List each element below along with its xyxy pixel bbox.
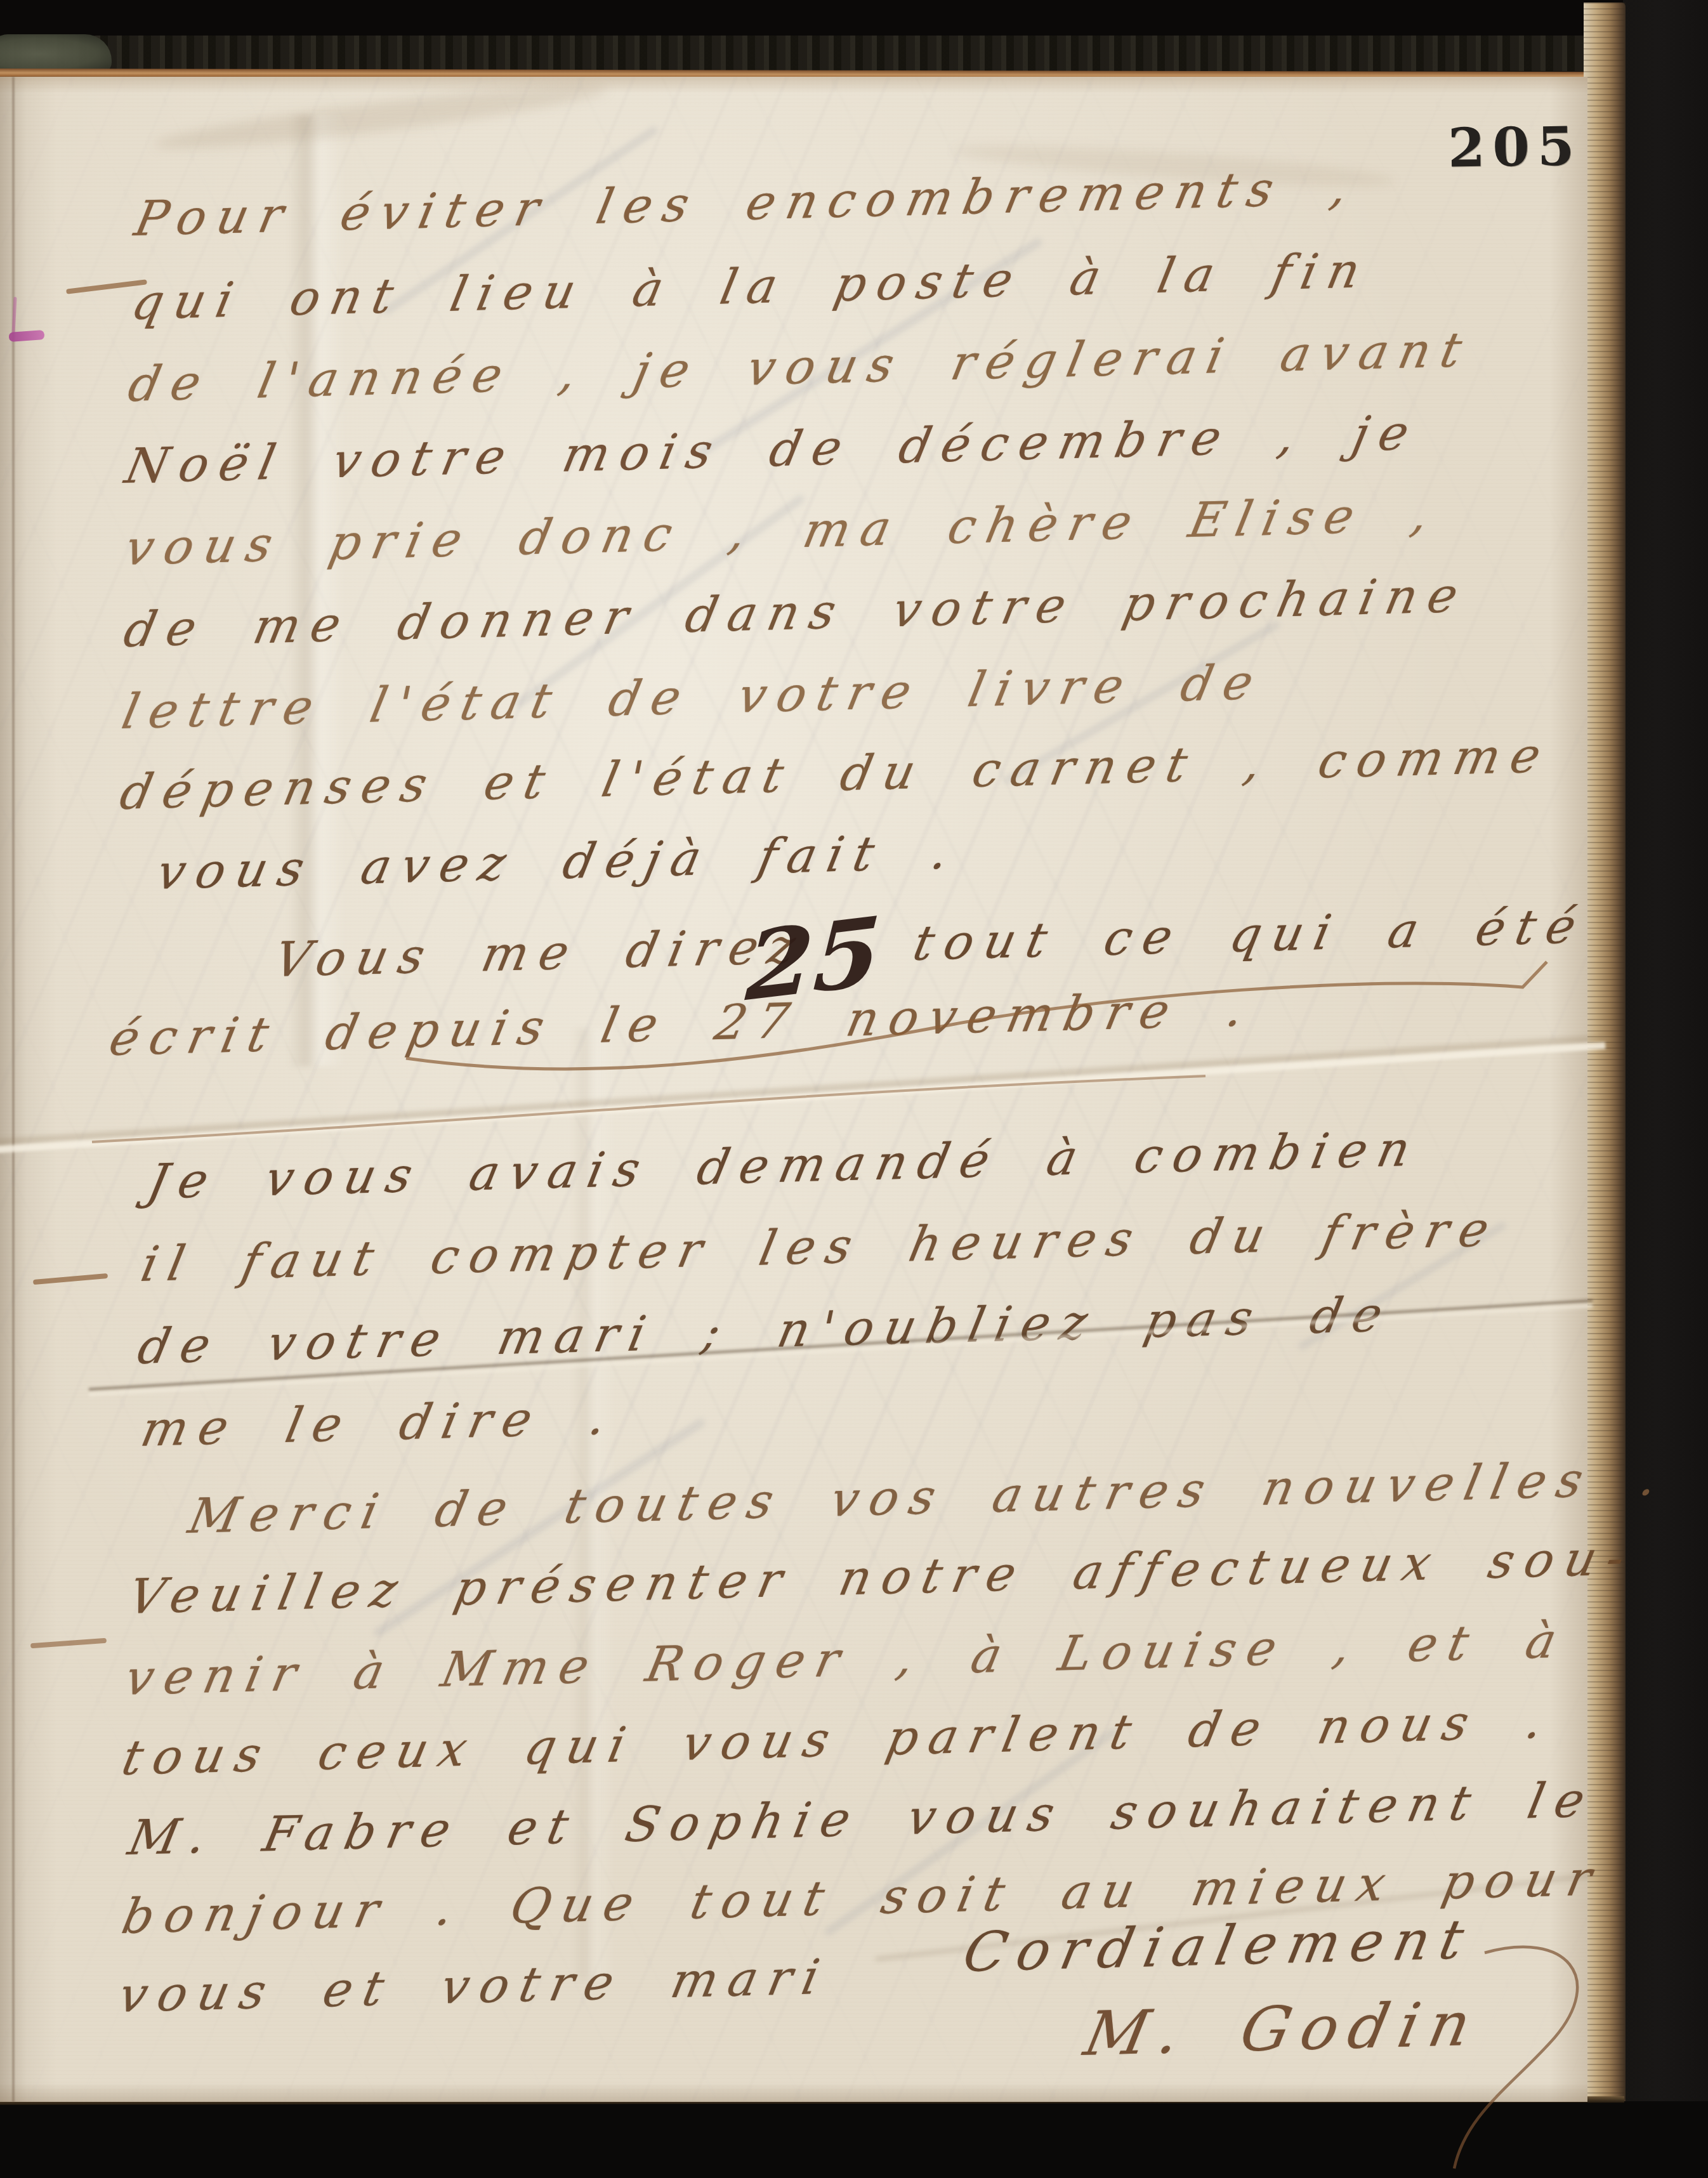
- binding-cloth-fray: [0, 34, 112, 74]
- background-bottom: [0, 2101, 1708, 2178]
- ink-correction-overwrite: 25: [744, 896, 884, 1023]
- page-number-stamp: 205: [1447, 115, 1582, 180]
- manuscript-page-scan: 205 Pour éviter les encombrements , qui …: [0, 0, 1708, 2178]
- binding-cloth-band: [0, 36, 1637, 71]
- signature-name: M. Godin: [1079, 1988, 1487, 2070]
- background-right: [1623, 0, 1708, 2178]
